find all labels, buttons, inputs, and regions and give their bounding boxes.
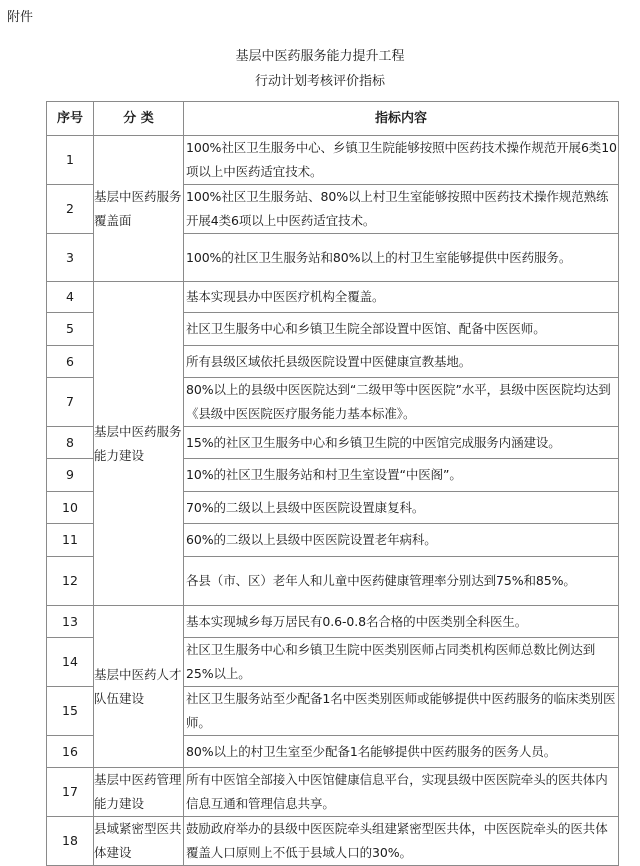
category-cell: 县域紧密型医共体建设 — [94, 817, 184, 866]
row-content: 100%社区卫生服务中心、乡镇卫生院能够按照中医药技术操作规范开展6类10项以上… — [184, 136, 619, 185]
row-number: 8 — [47, 427, 94, 459]
table-row: 4 基层中医药服务能力建设 基本实现县办中医医疗机构全覆盖。 — [47, 282, 619, 313]
category-cell: 基层中医药服务能力建设 — [94, 282, 184, 606]
row-number: 15 — [47, 687, 94, 736]
row-content: 社区卫生服务中心和乡镇卫生院全部设置中医馆、配备中医医师。 — [184, 313, 619, 346]
document-subtitle: 行动计划考核评价指标 — [0, 70, 640, 89]
row-number: 9 — [47, 459, 94, 492]
row-number: 18 — [47, 817, 94, 866]
row-content: 15%的社区卫生服务中心和乡镇卫生院的中医馆完成服务内涵建设。 — [184, 427, 619, 459]
row-content: 70%的二级以上县级中医医院设置康复科。 — [184, 492, 619, 524]
table-row: 13 基层中医药人才队伍建设 基本实现城乡每万居民有0.6-0.8名合格的中医类… — [47, 606, 619, 638]
header-number: 序号 — [47, 102, 94, 136]
row-content: 100%社区卫生服务站、80%以上村卫生室能够按照中医药技术操作规范熟练开展4类… — [184, 185, 619, 234]
row-content: 所有中医馆全部接入中医馆健康信息平台，实现县级中医医院牵头的医共体内信息互通和管… — [184, 768, 619, 817]
row-number: 5 — [47, 313, 94, 346]
attachment-label: 附件 — [7, 6, 33, 25]
category-cell: 基层中医药服务覆盖面 — [94, 136, 184, 282]
row-number: 6 — [47, 346, 94, 378]
header-category: 分 类 — [94, 102, 184, 136]
row-content: 100%的社区卫生服务站和80%以上的村卫生室能够提供中医药服务。 — [184, 234, 619, 282]
table-header-row: 序号 分 类 指标内容 — [47, 102, 619, 136]
table-row: 17 基层中医药管理能力建设 所有中医馆全部接入中医馆健康信息平台，实现县级中医… — [47, 768, 619, 817]
row-content: 80%以上的县级中医医院达到“二级甲等中医医院”水平，县级中医医院均达到《县级中… — [184, 378, 619, 427]
indicator-table: 序号 分 类 指标内容 1 基层中医药服务覆盖面 100%社区卫生服务中心、乡镇… — [46, 101, 619, 866]
row-content: 基本实现县办中医医疗机构全覆盖。 — [184, 282, 619, 313]
row-content: 社区卫生服务中心和乡镇卫生院中医类别医师占同类机构医师总数比例达到25%以上。 — [184, 638, 619, 687]
row-content: 各县（市、区）老年人和儿童中医药健康管理率分别达到75%和85%。 — [184, 557, 619, 606]
row-number: 2 — [47, 185, 94, 234]
row-content: 10%的社区卫生服务站和村卫生室设置“中医阁”。 — [184, 459, 619, 492]
row-number: 12 — [47, 557, 94, 606]
row-content: 所有县级区域依托县级医院设置中医健康宣教基地。 — [184, 346, 619, 378]
row-number: 10 — [47, 492, 94, 524]
row-number: 14 — [47, 638, 94, 687]
row-content: 基本实现城乡每万居民有0.6-0.8名合格的中医类别全科医生。 — [184, 606, 619, 638]
row-content: 60%的二级以上县级中医医院设置老年病科。 — [184, 524, 619, 557]
table-row: 18 县域紧密型医共体建设 鼓励政府举办的县级中医医院牵头组建紧密型医共体，中医… — [47, 817, 619, 866]
table-row: 1 基层中医药服务覆盖面 100%社区卫生服务中心、乡镇卫生院能够按照中医药技术… — [47, 136, 619, 185]
row-number: 1 — [47, 136, 94, 185]
category-cell: 基层中医药人才队伍建设 — [94, 606, 184, 768]
row-number: 4 — [47, 282, 94, 313]
category-cell: 基层中医药管理能力建设 — [94, 768, 184, 817]
row-number: 13 — [47, 606, 94, 638]
row-number: 7 — [47, 378, 94, 427]
row-content: 社区卫生服务站至少配备1名中医类别医师或能够提供中医药服务的临床类别医师。 — [184, 687, 619, 736]
header-content: 指标内容 — [184, 102, 619, 136]
row-number: 3 — [47, 234, 94, 282]
row-number: 16 — [47, 736, 94, 768]
row-number: 11 — [47, 524, 94, 557]
row-content: 80%以上的村卫生室至少配备1名能够提供中医药服务的医务人员。 — [184, 736, 619, 768]
row-number: 17 — [47, 768, 94, 817]
row-content: 鼓励政府举办的县级中医医院牵头组建紧密型医共体，中医医院牵头的医共体覆盖人口原则… — [184, 817, 619, 866]
document-title: 基层中医药服务能力提升工程 — [0, 45, 640, 64]
